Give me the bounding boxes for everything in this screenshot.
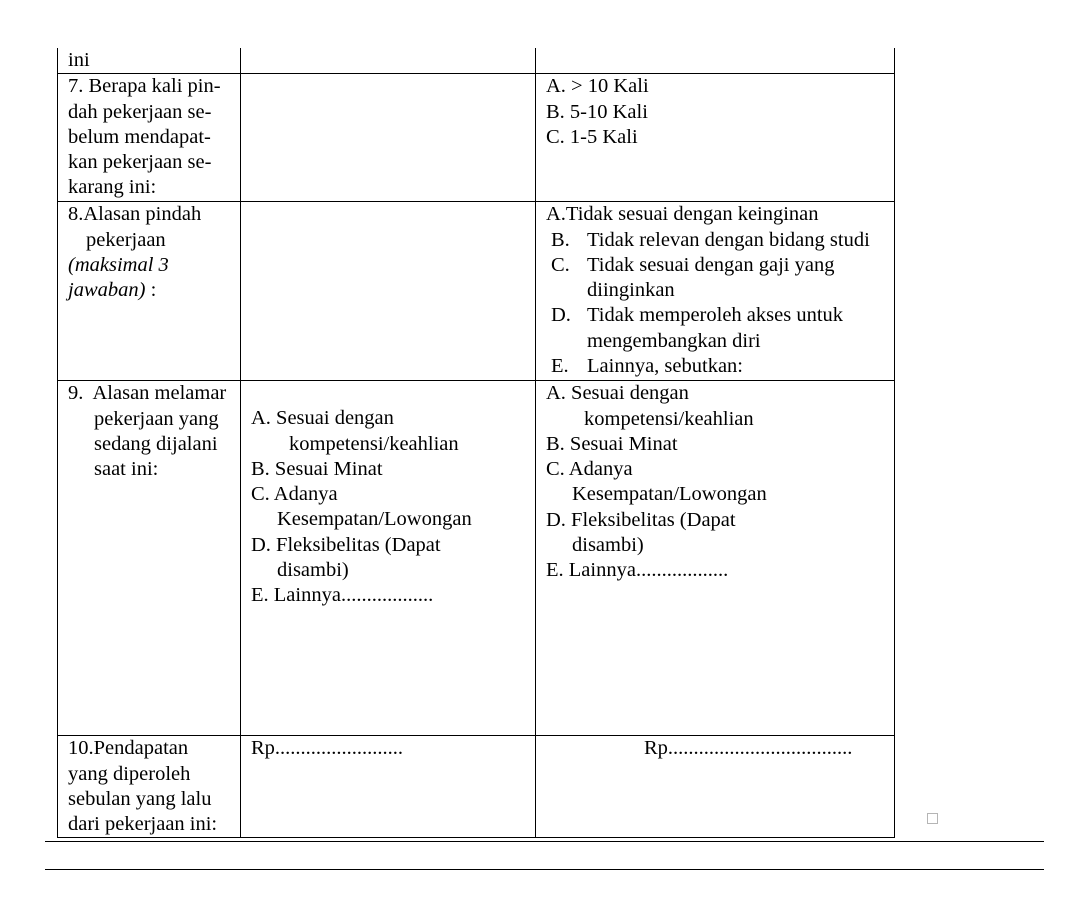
option-item: A. > 10 Kali (546, 74, 894, 99)
question-note: (maksimal 3 (68, 253, 240, 278)
option-item: B. Sesuai Minat (546, 432, 894, 457)
option-item: B.Tidak relevan dengan bidang studi (546, 228, 894, 253)
option-item: D.Tidak memperoleh akses untuk (546, 303, 894, 328)
option-text: Tidak memperoleh akses untuk (587, 303, 843, 328)
question-text: belum mendapat- (68, 125, 240, 150)
question-cell: 7. Berapa kali pin- dah pekerjaan se- be… (58, 74, 241, 202)
answer-cell-current (241, 202, 536, 381)
question-text: dah pekerjaan se- (68, 100, 240, 125)
question-text: ini (68, 48, 240, 73)
table-row: ini (58, 48, 895, 74)
option-item: disambi) (251, 558, 535, 583)
table-row: 8.Alasan pindah pekerjaan (maksimal 3 ja… (58, 202, 895, 381)
option-item: kompetensi/keahlian (251, 432, 535, 457)
question-cell: 9. Alasan melamar pekerjaan yang sedang … (58, 381, 241, 736)
option-item: B. Sesuai Minat (251, 457, 535, 482)
question-text: 9. Alasan melamar (68, 381, 240, 406)
option-text: diinginkan (587, 278, 675, 303)
income-field: Rp......................... (251, 736, 535, 761)
question-note: jawaban) (68, 279, 145, 301)
question-cell: 8.Alasan pindah pekerjaan (maksimal 3 ja… (58, 202, 241, 381)
question-text: pekerjaan (68, 228, 240, 253)
table-row: 10.Pendapatan yang diperoleh sebulan yan… (58, 736, 895, 838)
question-text: 7. Berapa kali pin- (68, 74, 240, 99)
question-text: kan pekerjaan se- (68, 150, 240, 175)
question-text: dari pekerjaan ini: (68, 812, 240, 837)
option-item: C. Adanya (251, 482, 535, 507)
option-item: kompetensi/keahlian (546, 407, 894, 432)
divider-line (45, 841, 1044, 842)
option-item: A.Tidak sesuai dengan keinginan (546, 202, 894, 227)
question-text: yang diperoleh (68, 762, 240, 787)
option-label: B. (546, 228, 587, 253)
question-colon: : (145, 279, 156, 301)
option-item: D. Fleksibelitas (Dapat (546, 508, 894, 533)
question-text: sebulan yang lalu (68, 787, 240, 812)
questionnaire-table: ini 7. Berapa kali pin- dah pekerjaan se… (57, 48, 895, 838)
answer-cell-options: A. > 10 Kali B. 5-10 Kali C. 1-5 Kali (536, 74, 895, 202)
option-label: D. (546, 303, 587, 328)
option-item: mengembangkan diri (546, 329, 894, 354)
option-item: disambi) (546, 533, 894, 558)
answer-cell-current: A. Sesuai dengan kompetensi/keahlian B. … (241, 381, 536, 736)
question-text: 8.Alasan pindah (68, 202, 240, 227)
option-item: diinginkan (546, 278, 894, 303)
question-text: pekerjaan yang (68, 407, 240, 432)
answer-cell-current (241, 48, 536, 74)
option-item: A. Sesuai dengan (546, 381, 894, 406)
question-cell: ini (58, 48, 241, 74)
question-cell: 10.Pendapatan yang diperoleh sebulan yan… (58, 736, 241, 838)
option-text: Tidak relevan dengan bidang studi (587, 228, 870, 253)
option-text: Lainnya, sebutkan: (587, 354, 743, 379)
answer-cell-current (241, 74, 536, 202)
table-row: 7. Berapa kali pin- dah pekerjaan se- be… (58, 74, 895, 202)
table-resize-handle[interactable] (927, 813, 938, 824)
option-item: D. Fleksibelitas (Dapat (251, 533, 535, 558)
answer-cell-current: Rp......................... (241, 736, 536, 838)
option-item: E. Lainnya.................. (546, 558, 894, 583)
answer-cell-options: Rp.................................... (536, 736, 895, 838)
question-text: sedang dijalani (68, 432, 240, 457)
option-item: Kesempatan/Lowongan (251, 507, 535, 532)
table-row: 9. Alasan melamar pekerjaan yang sedang … (58, 381, 895, 736)
option-item: Kesempatan/Lowongan (546, 482, 894, 507)
option-item: E.Lainnya, sebutkan: (546, 354, 894, 379)
option-item: A. Sesuai dengan (251, 406, 535, 431)
option-label: C. (546, 253, 587, 278)
divider-line (45, 869, 1044, 870)
question-text: saat ini: (68, 457, 240, 482)
option-text: mengembangkan diri (587, 329, 761, 354)
option-item: C. Adanya (546, 457, 894, 482)
question-text: 10.Pendapatan (68, 736, 240, 761)
question-text: karang ini: (68, 175, 240, 200)
answer-cell-options (536, 48, 895, 74)
option-item: B. 5-10 Kali (546, 100, 894, 125)
option-item: C.Tidak sesuai dengan gaji yang (546, 253, 894, 278)
income-field: Rp.................................... (546, 736, 894, 761)
option-item: E. Lainnya.................. (251, 583, 535, 608)
option-item: C. 1-5 Kali (546, 125, 894, 150)
answer-cell-options: A. Sesuai dengan kompetensi/keahlian B. … (536, 381, 895, 736)
option-label: E. (546, 354, 587, 379)
answer-cell-options: A.Tidak sesuai dengan keinginan B.Tidak … (536, 202, 895, 381)
option-text: Tidak sesuai dengan gaji yang (587, 253, 834, 278)
